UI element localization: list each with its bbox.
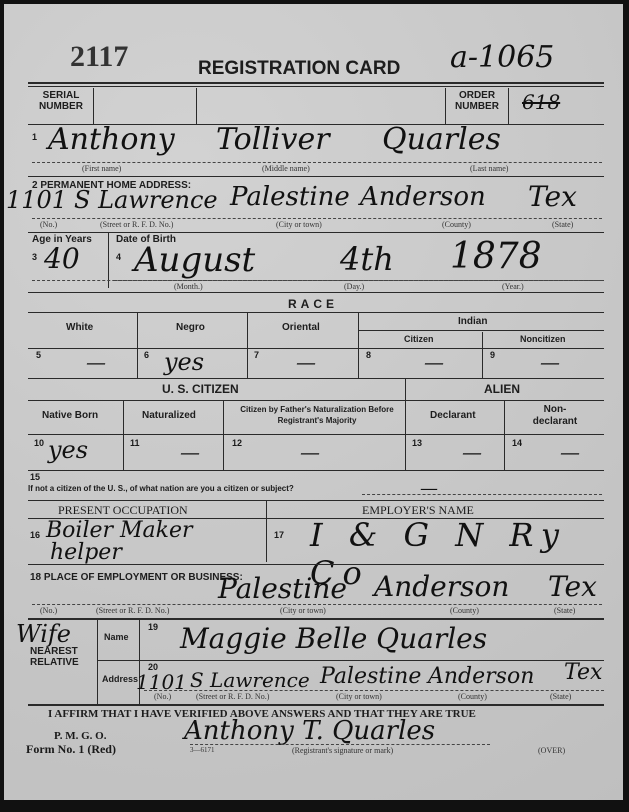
- middle-name: Tolliver: [216, 122, 330, 157]
- handwritten-reference: a-1065: [450, 40, 554, 75]
- first-name: Anthony: [48, 122, 175, 157]
- alien-title: ALIEN: [484, 382, 520, 396]
- caption: (Street or R. F. D. No.): [100, 220, 173, 229]
- race-white-value: —: [86, 350, 106, 374]
- race-indian-noncitizen-label: Noncitizen: [520, 334, 566, 344]
- race-title: RACE: [288, 297, 338, 311]
- declarant-value: —: [462, 440, 482, 464]
- field-number: 9: [490, 350, 495, 360]
- over-label: (OVER): [538, 746, 565, 755]
- father-naturalization-value: —: [300, 440, 320, 464]
- dob-day: 4th: [340, 240, 394, 278]
- race-oriental-label: Oriental: [282, 322, 320, 333]
- caption: (City or town): [280, 606, 326, 615]
- field-number: 7: [254, 350, 259, 360]
- dob-year: 1878: [450, 236, 542, 277]
- caption: (Year.): [502, 282, 524, 291]
- order-number-value: 618: [522, 90, 560, 114]
- nearest-relative-label: NEAREST RELATIVE: [30, 646, 70, 668]
- nondeclarant-value: —: [560, 440, 580, 464]
- race-indian-noncitizen-value: —: [540, 350, 560, 374]
- address-county: Anderson: [360, 182, 486, 212]
- caption: (Middle name): [262, 164, 310, 173]
- order-number-label: ORDER NUMBER: [448, 90, 506, 112]
- field-number: 6: [144, 350, 149, 360]
- field-number: 3: [32, 252, 37, 262]
- caption: (No.): [154, 692, 171, 701]
- race-indian-citizen-value: —: [424, 350, 444, 374]
- native-born-value: yes: [48, 436, 88, 464]
- field-number: 4: [116, 252, 121, 262]
- caption: (State): [552, 220, 573, 229]
- place-county: Anderson: [374, 570, 509, 603]
- occupation-line-2: helper: [50, 540, 122, 565]
- race-indian-citizen-label: Citizen: [404, 334, 434, 344]
- field-number: 14: [512, 438, 522, 448]
- caption: (County): [450, 606, 479, 615]
- signature-caption: (Registrant's signature or mark): [292, 746, 393, 755]
- foreign-nation-question: If not a citizen of the U. S., of what n…: [28, 484, 294, 493]
- last-name: Quarles: [382, 122, 501, 157]
- relative-relationship: Wife: [16, 620, 71, 648]
- field-number: 5: [36, 350, 41, 360]
- occupation-title: PRESENT OCCUPATION: [58, 503, 188, 518]
- naturalized-label: Naturalized: [142, 410, 196, 421]
- address-street: S Lawrence: [74, 186, 218, 214]
- foreign-nation-value: —: [420, 478, 438, 499]
- race-indian-label: Indian: [458, 316, 487, 327]
- caption: (No.): [40, 220, 57, 229]
- caption: (County): [458, 692, 487, 701]
- caption: (Street or R. F. D. No.): [96, 606, 169, 615]
- us-citizen-title: U. S. CITIZEN: [162, 382, 239, 396]
- address-city: Palestine: [230, 182, 350, 212]
- father-naturalization-label: Citizen by Father's Naturalization Befor…: [230, 404, 404, 426]
- relative-address-state: Tex: [564, 660, 602, 685]
- caption: (State): [554, 606, 575, 615]
- form-number: Form No. 1 (Red): [26, 742, 116, 757]
- caption: (Street or R. F. D. No.): [196, 692, 269, 701]
- field-number: 15: [30, 472, 40, 482]
- caption: (Month.): [174, 282, 203, 291]
- caption: (Last name): [470, 164, 508, 173]
- serial-number-label: SERIAL NUMBER: [30, 90, 92, 112]
- native-born-label: Native Born: [42, 410, 98, 421]
- field-number: 8: [366, 350, 371, 360]
- address-number: 1101: [6, 186, 67, 214]
- caption: (City or town): [336, 692, 382, 701]
- declarant-label: Declarant: [430, 410, 476, 421]
- relative-name: Maggie Belle Quarles: [180, 622, 487, 655]
- race-white-label: White: [66, 322, 93, 333]
- race-negro-value: yes: [164, 348, 204, 376]
- age-value: 40: [44, 242, 80, 275]
- caption: (Day.): [344, 282, 364, 291]
- field-number: 11: [130, 438, 140, 448]
- caption: (First name): [82, 164, 121, 173]
- race-oriental-value: —: [296, 350, 316, 374]
- field-number: 13: [412, 438, 422, 448]
- relative-address-street: S Lawrence: [190, 668, 310, 692]
- relative-name-label: Name: [104, 632, 129, 642]
- registrant-signature: Anthony T. Quarles: [184, 716, 435, 746]
- place-city: Palestine: [218, 572, 347, 605]
- relative-address-county: Anderson: [428, 664, 534, 689]
- place-state: Tex: [548, 570, 597, 603]
- relative-address-label: Address: [102, 674, 138, 684]
- caption: (No.): [40, 606, 57, 615]
- card-title: REGISTRATION CARD: [198, 58, 400, 80]
- field-number: 10: [34, 438, 44, 448]
- address-state: Tex: [528, 180, 577, 213]
- race-negro-label: Negro: [176, 322, 205, 333]
- field-number: 19: [148, 622, 158, 632]
- field-number: 17: [274, 530, 284, 540]
- caption: (County): [442, 220, 471, 229]
- card-number: 2117: [70, 40, 128, 74]
- registration-card: 2117 REGISTRATION CARD a-1065 SERIAL NUM…: [4, 4, 623, 800]
- relative-address-city: Palestine: [320, 664, 421, 689]
- field-number: 16: [30, 530, 40, 540]
- print-code: 3—6171: [190, 746, 215, 754]
- place-of-employment-label: 18 PLACE OF EMPLOYMENT OR BUSINESS:: [30, 572, 243, 583]
- caption: (State): [550, 692, 571, 701]
- nondeclarant-label: Non-declarant: [524, 404, 586, 428]
- field-number: 1: [32, 132, 37, 142]
- dob-month: August: [134, 240, 255, 280]
- field-number: 12: [232, 438, 242, 448]
- pmgo-label: P. M. G. O.: [54, 730, 106, 742]
- caption: (City or town): [276, 220, 322, 229]
- naturalized-value: —: [180, 440, 200, 464]
